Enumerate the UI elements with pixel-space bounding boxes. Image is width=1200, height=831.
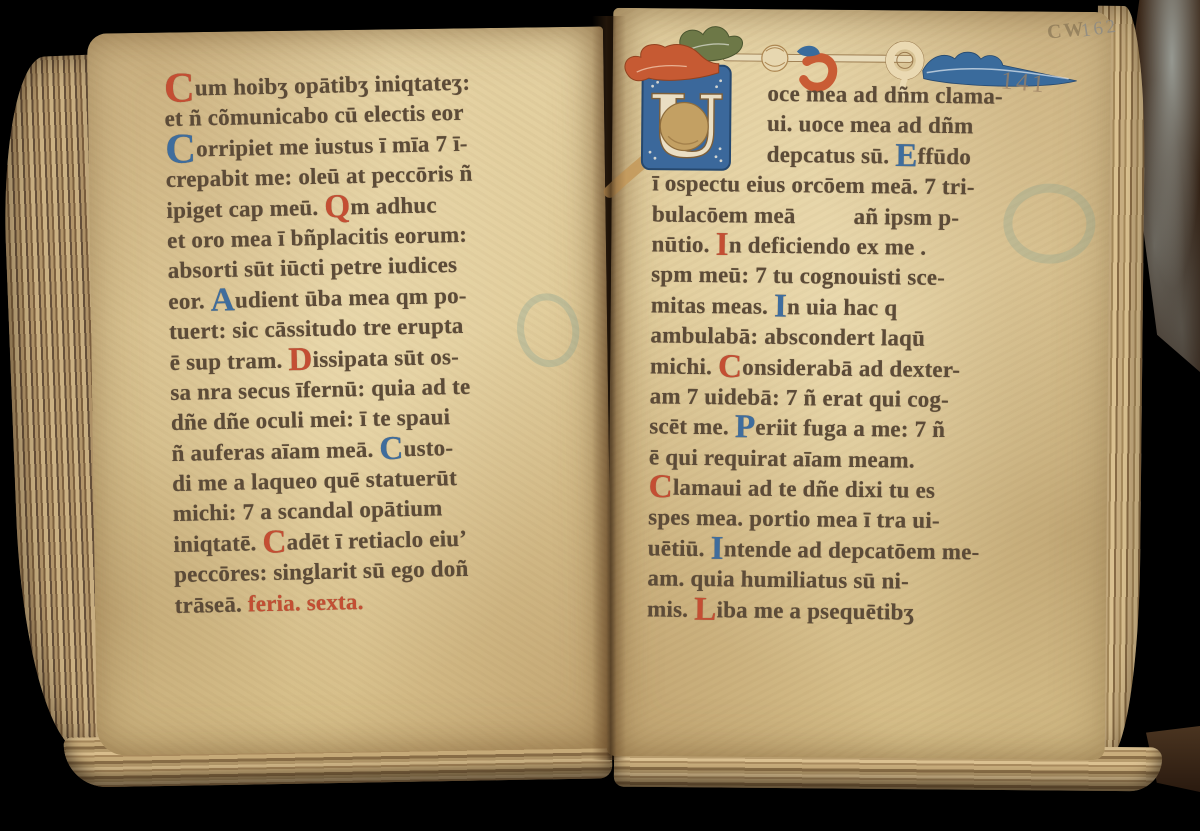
script-text: eriit fuga a me: 7 ñ — [755, 415, 945, 442]
script-text: ñ auferas aīam meā. — [171, 436, 379, 465]
script-text: ī ospectu eius orcōem meā. 7 tri- — [652, 171, 975, 200]
script-text: et ñ cõmunicabo cū electis eor — [164, 100, 464, 131]
corner-inscription: CW — [1046, 18, 1086, 45]
script-text: spes mea. portio mea ī tra ui- — [648, 505, 940, 534]
versal-initial: P — [735, 408, 756, 445]
script-text: n uia hac q — [787, 294, 898, 320]
versal-initial: C — [718, 347, 743, 384]
versal-initial: L — [694, 590, 717, 627]
script-text: eor. — [168, 288, 211, 314]
script-text: ambulabā: abscondert laqū — [650, 323, 925, 351]
script-text: oce mea ad dñm clama- — [767, 81, 1003, 109]
script-text: lamaui ad te dñe dixi tu es — [673, 475, 936, 503]
versal-initial: Q — [324, 187, 351, 225]
script-text: di me a laqueo quē statuerūt — [172, 465, 457, 496]
script-text: scēt me. — [649, 414, 735, 440]
right-page-text: oce mea ad dñm clama-ui. uoce mea ad dñm… — [647, 79, 1102, 631]
script-text: dñe dñe oculi mei: ī te spaui — [171, 404, 451, 435]
script-text: um hoibʒ opātibʒ iniqtateʒ: — [195, 70, 471, 101]
script-text: et oro mea ī bñplacitis eorum: — [167, 222, 468, 253]
right-page: U 141 162 CW oce mea ad dñm clama-ui. uo… — [607, 8, 1112, 760]
versal-initial: C — [163, 64, 195, 112]
versal-initial: D — [288, 340, 313, 378]
versal-initial: C — [262, 523, 287, 561]
script-text: ui. uoce mea ad dñm — [767, 111, 974, 139]
script-text: mitas meas. — [651, 292, 774, 319]
left-page-text: Cum hoibʒ opātibʒ iniqtateʒ:et ñ cõmunic… — [164, 67, 607, 623]
script-text: am. quia humiliatus sū ni- — [647, 566, 909, 594]
script-text: udient ūba mea qm po- — [235, 283, 467, 313]
rubric-text: feria. sexta. — [248, 589, 364, 616]
versal-initial: I — [715, 226, 729, 263]
script-text: issipata sūt os- — [312, 343, 459, 371]
script-text: n deficiendo ex me . — [729, 232, 927, 259]
script-text: spm meū: 7 tu cognouisti sce- — [651, 262, 945, 291]
script-text: absorti sūt iūcti petre iudices — [167, 252, 457, 283]
script-text: adēt ī retiaclo eiuʼ — [286, 526, 467, 555]
script-text: depcatus sū. — [767, 142, 896, 169]
versal-initial: C — [165, 125, 197, 173]
script-text: uētiū. — [648, 535, 711, 561]
script-text: usto- — [403, 435, 453, 461]
script-text: trāseā. — [175, 591, 249, 618]
script-text: tuert: sic cāssitudo tre erupta — [169, 313, 464, 344]
left-page: Cum hoibʒ opātibʒ iniqtateʒ:et ñ cõmunic… — [87, 26, 613, 755]
script-text: m adhuc — [350, 192, 437, 219]
script-text: ipiget cap meū. — [166, 194, 324, 222]
script-text: ē qui requirat aīam meam. — [649, 444, 915, 472]
script-text: ffūdo — [917, 143, 971, 169]
script-text: ē sup tram. — [169, 347, 288, 374]
script-text: bulacōem meā añ ipsm p- — [652, 201, 959, 230]
script-text: iniqtatē. — [173, 530, 262, 557]
script-text: am 7 uidebā: 7 ñ erat qui cog- — [650, 383, 950, 412]
versal-initial: I — [774, 287, 788, 324]
script-text: nūtio. — [651, 231, 715, 257]
script-text: mis. — [647, 596, 694, 622]
script-text: onsiderabā ad dexter- — [742, 354, 960, 382]
script-text: iba me a psequētibʒ — [716, 597, 914, 624]
manuscript-line: mis. Liba me a psequētibʒ — [647, 596, 1095, 632]
script-text: michi: 7 a scandal opātium — [173, 496, 443, 527]
manuscript-photograph: Cum hoibʒ opātibʒ iniqtateʒ:et ñ cõmunic… — [0, 0, 1200, 831]
versal-initial: A — [210, 281, 235, 319]
versal-initial: E — [895, 137, 918, 174]
versal-initial: C — [379, 429, 404, 467]
script-text: sa nra secus īfernū: quia ad te — [170, 374, 471, 405]
gutter-shadow — [592, 16, 626, 760]
script-text: ntende ad depcatōem me- — [724, 536, 980, 564]
versal-initial: I — [710, 530, 724, 567]
script-text: crepabit me: oleū at peccōris ñ — [166, 161, 473, 192]
script-text: michi. — [650, 353, 718, 379]
script-text: peccōres: singlarit sū ego doñ — [174, 556, 469, 587]
script-text: orripiet me iustus ī mīa 7 ī- — [196, 131, 468, 162]
versal-initial: C — [648, 468, 673, 505]
